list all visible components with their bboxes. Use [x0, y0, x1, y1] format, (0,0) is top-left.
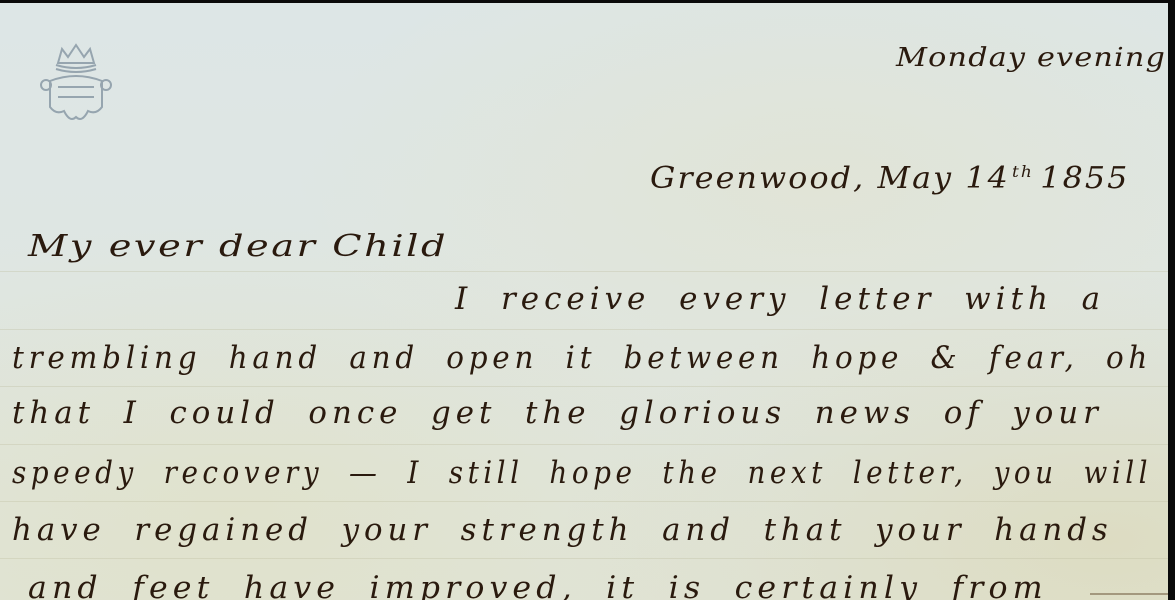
letter-body-line: that I could once get the glorious news … — [12, 395, 1103, 431]
ruled-line — [0, 444, 1168, 445]
ruled-line — [0, 558, 1168, 559]
letter-body-line: speedy recovery — I still hope the next … — [12, 455, 1152, 491]
letter-body-line: have regained your strength and that you… — [12, 512, 1113, 548]
letter-date-ordinal: th — [1012, 162, 1034, 181]
ruled-line — [0, 386, 1168, 387]
letter-month-day: May 14 — [878, 161, 1010, 196]
ruled-line — [0, 271, 1168, 272]
ink-rule — [1090, 593, 1168, 595]
ruled-line — [0, 501, 1168, 502]
letter-year: 1855 — [1040, 161, 1129, 196]
letter-date: Greenwood, May 14th1855 — [650, 161, 1129, 196]
scan-right-border — [1168, 0, 1175, 600]
letter-body-line: and feet have improved, it is certainly … — [28, 570, 1048, 600]
letter-place: Greenwood, — [650, 161, 865, 196]
letter-body-line: I receive every letter with a — [455, 281, 1105, 317]
letter-day: Monday evening — [896, 43, 1166, 73]
letter-body-line: trembling hand and open it between hope … — [12, 340, 1152, 376]
ruled-line — [0, 329, 1168, 330]
letter-page: Monday evening Greenwood, May 14th1855 M… — [0, 3, 1168, 600]
letter-salutation: My ever dear Child — [28, 229, 448, 264]
embossed-crest-icon — [36, 41, 116, 131]
